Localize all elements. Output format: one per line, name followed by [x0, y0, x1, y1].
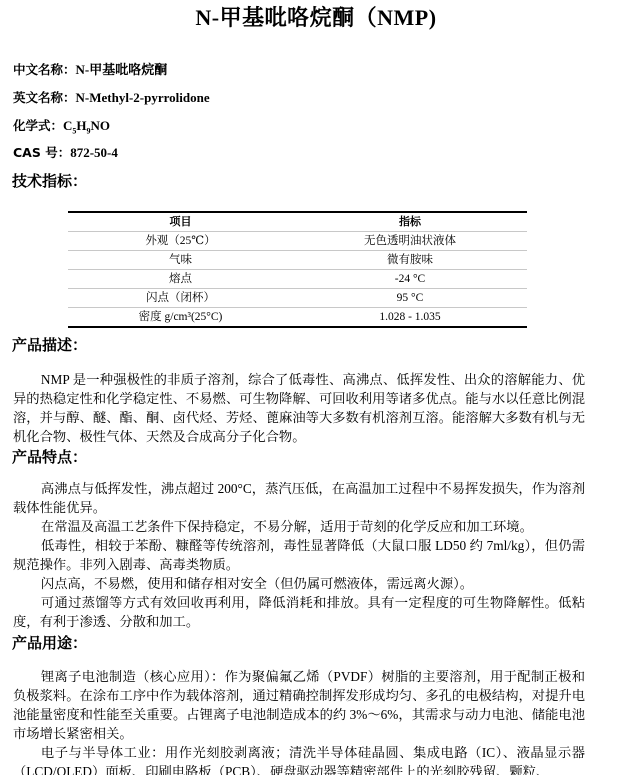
- row-value: 1.028 - 1.035: [293, 308, 527, 328]
- feature-paragraph: 高沸点与低挥发性，沸点超过 200°C，蒸汽压低，在高温加工过程中不易挥发损失，…: [13, 479, 585, 517]
- table-row: 密度 g/cm³(25°C) 1.028 - 1.035: [68, 308, 527, 328]
- feature-paragraph: 低毒性，相较于苯酚、糠醛等传统溶剂，毒性显著降低（大鼠口服 LD50 约 7ml…: [13, 536, 585, 574]
- formula-label: 化学式：: [13, 118, 63, 133]
- chinese-name-line: 中文名称：N-甲基吡咯烷酮: [13, 61, 167, 79]
- use-paragraph: 锂离子电池制造（核心应用）：作为聚偏氟乙烯（PVDF）树脂的主要溶剂，用于配制正…: [13, 667, 585, 743]
- description-body: NMP 是一种强极性的非质子溶剂，综合了低毒性、高沸点、低挥发性、出众的溶解能力…: [13, 370, 585, 446]
- feature-paragraph: 在常温及高温工艺条件下保持稳定，不易分解，适用于苛刻的化学反应和加工环境。: [13, 517, 585, 536]
- row-value: 无色透明油状液体: [293, 232, 527, 251]
- uses-heading: 产品用途：: [12, 633, 87, 653]
- document-title: N-甲基吡咯烷酮（NMP): [0, 3, 632, 33]
- column-header-spec: 指标: [293, 212, 527, 232]
- description-heading: 产品描述：: [12, 335, 87, 355]
- formula-line: 化学式：C5H9NO: [13, 117, 110, 141]
- feature-paragraph: 闪点高，不易燃，使用和储存相对安全（但仍属可燃液体，需远离火源）。: [13, 574, 585, 593]
- table-row: 气味 微有胺味: [68, 251, 527, 270]
- chinese-name-label: 中文名称：: [13, 62, 76, 77]
- use-paragraph: 电子与半导体工业：用作光刻胶剥离液；清洗半导体硅晶圆、集成电路（IC）、液晶显示…: [13, 743, 585, 775]
- row-value: -24 °C: [293, 270, 527, 289]
- row-item: 气味: [68, 251, 293, 270]
- row-item: 密度 g/cm³(25°C): [68, 308, 293, 328]
- row-value: 95 °C: [293, 289, 527, 308]
- table-row: 熔点 -24 °C: [68, 270, 527, 289]
- row-item: 外观（25℃）: [68, 232, 293, 251]
- features-body: 高沸点与低挥发性，沸点超过 200°C，蒸汽压低，在高温加工过程中不易挥发损失，…: [13, 479, 585, 631]
- formula-value: C5H9NO: [63, 118, 110, 133]
- row-value: 微有胺味: [293, 251, 527, 270]
- spec-table-header: 项目 指标: [68, 212, 527, 232]
- english-name-value: N-Methyl-2-pyrrolidone: [76, 90, 210, 105]
- row-item: 熔点: [68, 270, 293, 289]
- english-name-line: 英文名称：N-Methyl-2-pyrrolidone: [13, 89, 210, 107]
- row-item: 闪点（闭杯）: [68, 289, 293, 308]
- table-row: 外观（25℃） 无色透明油状液体: [68, 232, 527, 251]
- chinese-name-value: N-甲基吡咯烷酮: [76, 62, 168, 77]
- column-header-item: 项目: [68, 212, 293, 232]
- spec-table: 项目 指标 外观（25℃） 无色透明油状液体 气味 微有胺味 熔点 -24 °C…: [68, 211, 527, 328]
- english-name-label: 英文名称：: [13, 90, 76, 105]
- cas-value: 872-50-4: [70, 145, 118, 160]
- table-row: 闪点（闭杯） 95 °C: [68, 289, 527, 308]
- cas-label: CAS 号：: [13, 145, 70, 160]
- description-paragraph: NMP 是一种强极性的非质子溶剂，综合了低毒性、高沸点、低挥发性、出众的溶解能力…: [13, 370, 585, 446]
- uses-body: 锂离子电池制造（核心应用）：作为聚偏氟乙烯（PVDF）树脂的主要溶剂，用于配制正…: [13, 667, 585, 775]
- spec-heading: 技术指标：: [12, 171, 87, 191]
- feature-paragraph: 可通过蒸馏等方式有效回收再利用，降低消耗和排放。具有一定程度的可生物降解性。低粘…: [13, 593, 585, 631]
- features-heading: 产品特点：: [12, 447, 87, 467]
- cas-line: CAS 号：872-50-4: [13, 144, 118, 162]
